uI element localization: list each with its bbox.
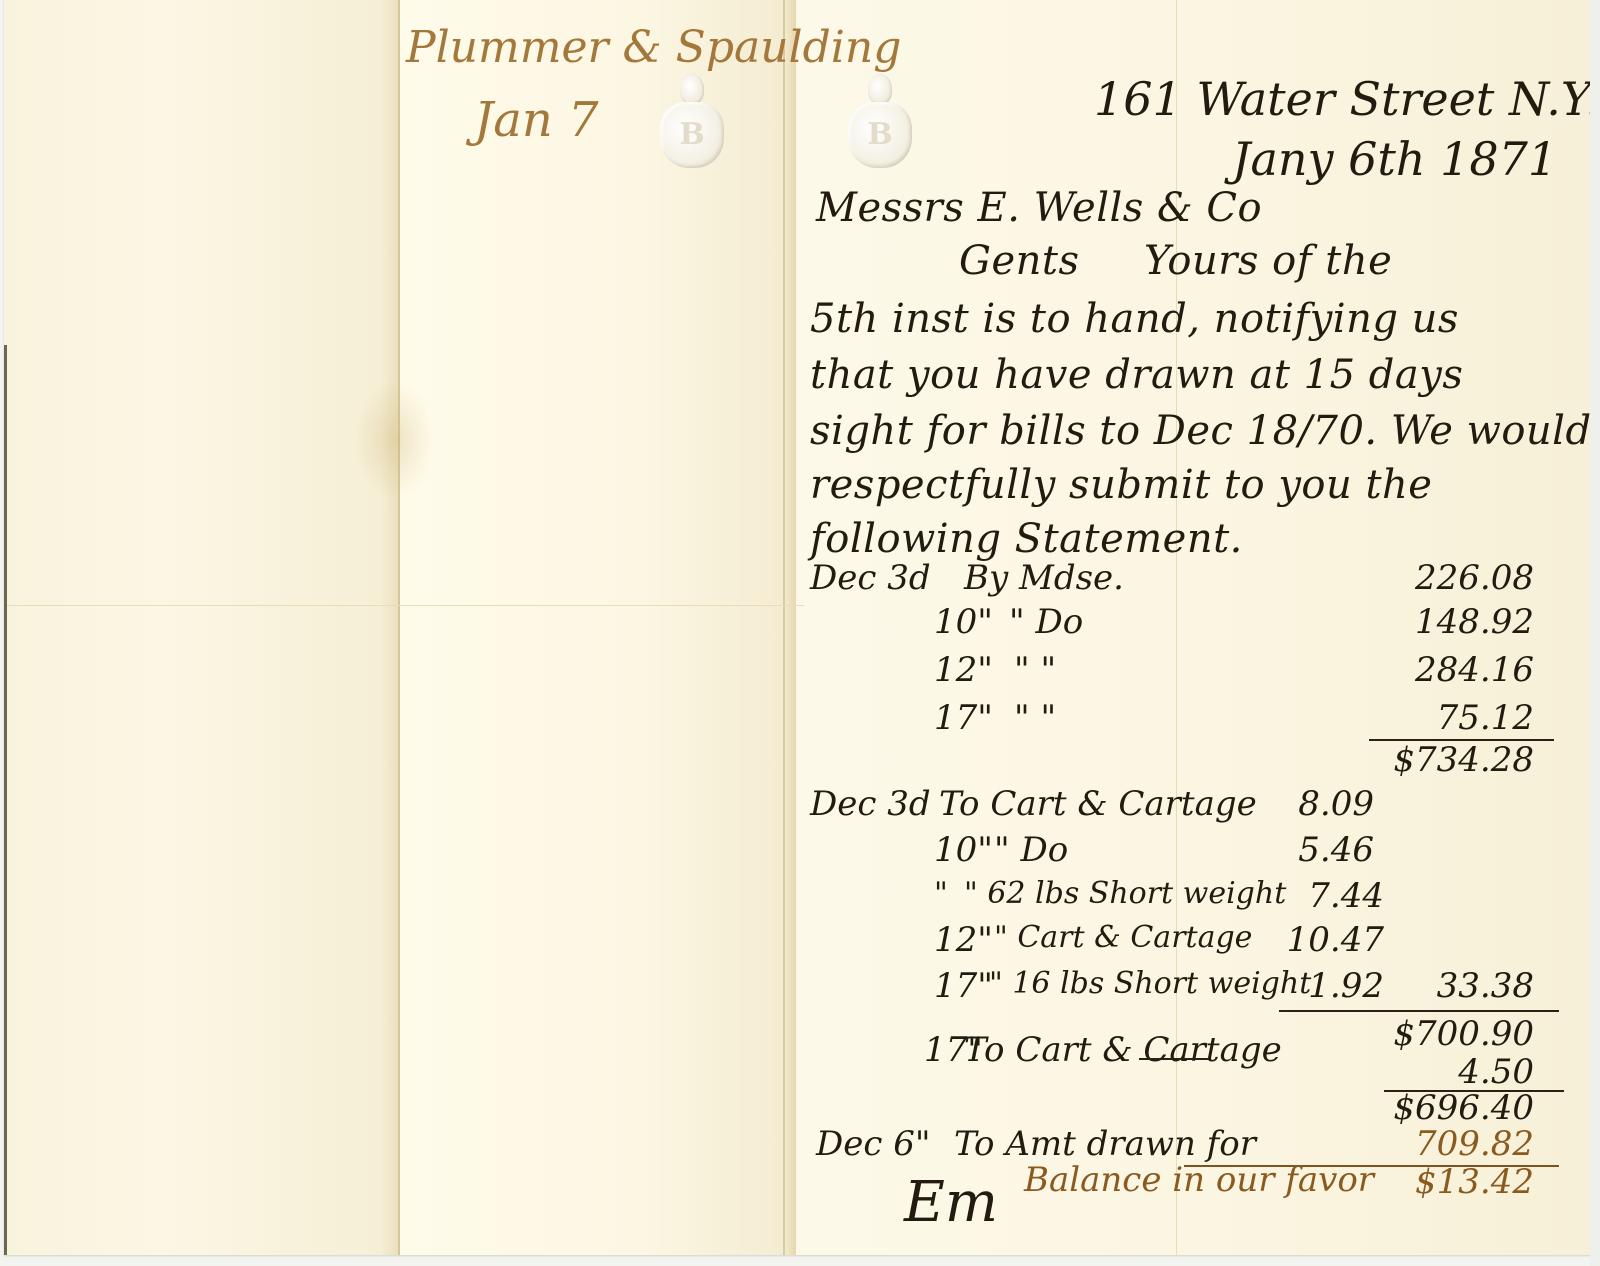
drawn-amount: 709.82 — [1384, 1124, 1534, 1164]
ledger-date: " — [934, 876, 948, 911]
ledger-description: To Cart & Cartage — [964, 1030, 1282, 1070]
letter-sheet: B B Plummer & Spaulding Jan 7 161 Water … — [4, 0, 1590, 1255]
balance-amount: $13.42 — [1384, 1162, 1534, 1202]
ledger-description: " Do — [994, 830, 1068, 870]
body-line: respectfully submit to you the — [810, 462, 1432, 508]
ledger-amount: 8.09 — [1274, 784, 1374, 824]
vertical-fold-line — [783, 0, 785, 1255]
ledger-amount: 284.16 — [1394, 650, 1534, 690]
ledger-date: 12" — [934, 920, 993, 960]
ledger-amount: 226.08 — [1394, 558, 1534, 598]
horizontal-fold-line — [4, 605, 804, 606]
net-after-debits: $700.90 — [1384, 1014, 1534, 1054]
ledger-date: 17" — [934, 966, 993, 1006]
greeting: Gents — [959, 238, 1080, 284]
addressee: Messrs E. Wells & Co — [816, 185, 1262, 231]
sum-rule — [1279, 1010, 1559, 1012]
ledger-amount: 1.92 — [1284, 966, 1384, 1006]
dash-rule — [1139, 1058, 1209, 1060]
blank-back-panel — [4, 0, 400, 1255]
ledger-amount: 4.50 — [1424, 1052, 1534, 1092]
debits-subtotal: 33.38 — [1404, 966, 1534, 1006]
embossed-seal-icon: B — [840, 68, 920, 178]
ledger-date: 17" — [934, 698, 993, 738]
letter-date: Jany 6th 1871 — [1232, 132, 1557, 186]
ledger-description: " Do — [1009, 602, 1083, 642]
vertical-fold-line — [398, 0, 400, 1255]
ledger-amount: 5.46 — [1274, 830, 1374, 870]
ledger-description: To Amt drawn for — [954, 1124, 1256, 1164]
ledger-amount: 148.92 — [1394, 602, 1534, 642]
ledger-description: " 16 lbs Short weight — [989, 966, 1311, 1001]
docket-firm-name: Plummer & Spaulding — [406, 22, 901, 73]
net-total: $696.40 — [1384, 1088, 1534, 1128]
docket-date: Jan 7 — [474, 92, 599, 148]
ledger-description: " Cart & Cartage — [994, 920, 1252, 955]
ledger-amount: 10.47 — [1274, 920, 1384, 960]
ledger-description: To Cart & Cartage — [939, 784, 1257, 824]
ledger-date: Dec 3d — [810, 558, 931, 598]
ledger-description: " " — [1014, 650, 1056, 690]
ledger-date: 10" — [934, 602, 993, 642]
paper-stain — [354, 380, 434, 500]
body-line: Yours of the — [1144, 238, 1392, 284]
scan-background — [1590, 0, 1600, 1266]
ledger-description: " 62 lbs Short weight — [964, 876, 1286, 911]
sheet-edge-shadow — [4, 345, 7, 1255]
body-line: 5th inst is to hand, notifying us — [810, 296, 1459, 342]
body-line: following Statement. — [810, 516, 1243, 562]
ledger-date: 10" — [934, 830, 993, 870]
ledger-date: Dec 6" — [816, 1124, 931, 1164]
body-line: that you have drawn at 15 days — [810, 352, 1463, 398]
ledger-amount: 75.12 — [1394, 698, 1534, 738]
ledger-description: By Mdse. — [964, 558, 1124, 598]
credits-total: $734.28 — [1354, 740, 1534, 780]
ledger-description: " " — [1014, 698, 1056, 738]
sender-address: 161 Water Street N.Y. — [1094, 72, 1600, 126]
embossed-seal-icon: B — [652, 68, 732, 178]
ledger-amount: 7.44 — [1274, 876, 1384, 916]
ledger-date: Dec 3d — [810, 784, 931, 824]
ledger-date: 12" — [934, 650, 993, 690]
docket-panel — [400, 0, 796, 1255]
signature: Em — [904, 1170, 998, 1235]
balance-label: Balance in our favor — [1024, 1160, 1374, 1200]
body-line: sight for bills to Dec 18/70. We would — [810, 408, 1592, 454]
